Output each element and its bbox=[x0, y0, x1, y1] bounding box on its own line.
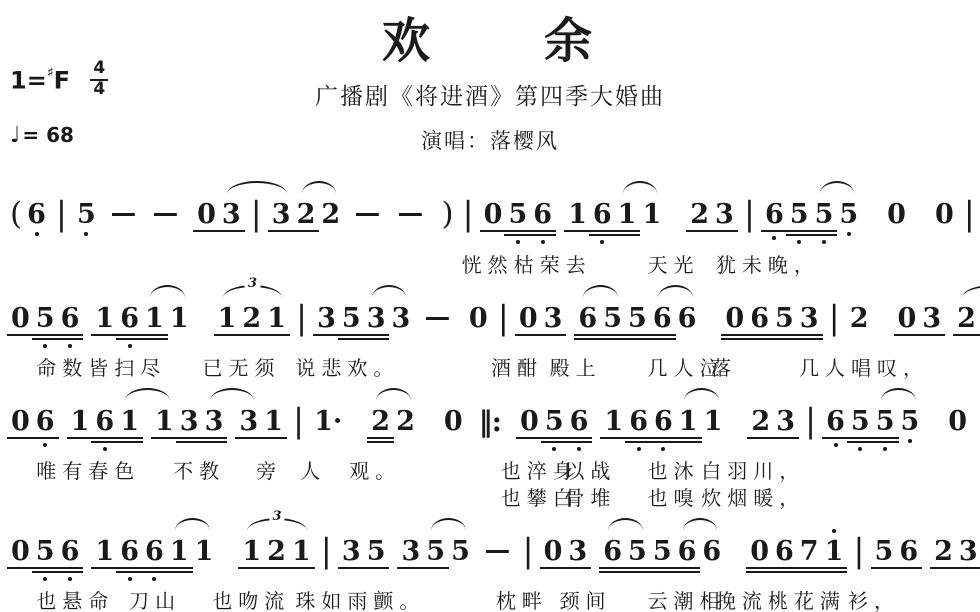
note: 3 bbox=[205, 408, 224, 435]
note: 3 bbox=[800, 305, 819, 332]
beam-underline bbox=[574, 338, 601, 340]
beam-underline bbox=[260, 437, 287, 439]
rest: 0 bbox=[469, 305, 488, 332]
notation-line: 0561611121|3533−0|03655660653|2032111|33 bbox=[2, 282, 980, 352]
note: 3 bbox=[922, 305, 941, 332]
note: 6 bbox=[61, 305, 80, 332]
tuplet-bracket: 3 bbox=[962, 285, 980, 298]
note: 5 bbox=[508, 201, 527, 228]
note: 3 bbox=[401, 538, 420, 565]
slur-tie bbox=[431, 518, 466, 531]
slur-tie bbox=[684, 388, 719, 401]
octave-dot-below bbox=[152, 577, 156, 581]
note: 6 bbox=[593, 201, 612, 228]
barline: | bbox=[293, 404, 304, 437]
beam-underline bbox=[564, 567, 591, 569]
note: 6 bbox=[578, 305, 597, 332]
beam-underline bbox=[872, 441, 899, 443]
beam-underline bbox=[363, 567, 390, 569]
beam-underline bbox=[313, 334, 340, 336]
beam-underline bbox=[599, 567, 626, 569]
rest: 0 bbox=[750, 538, 769, 565]
key-prefix: 1= bbox=[10, 66, 47, 94]
note: 6 bbox=[36, 408, 55, 435]
rest: 0 bbox=[484, 201, 503, 228]
beam-underline bbox=[116, 441, 143, 443]
note: 6 bbox=[826, 408, 845, 435]
beam-underline bbox=[91, 567, 118, 569]
beam-underline bbox=[268, 230, 295, 232]
note: 1 bbox=[642, 201, 661, 228]
note: 2 bbox=[934, 538, 953, 565]
beam-underline bbox=[649, 334, 676, 336]
lyric-text: 犹未晚， bbox=[716, 249, 820, 278]
note: 1 bbox=[568, 201, 587, 228]
time-signature-numerator: 4 bbox=[90, 60, 108, 81]
beam-underline bbox=[796, 567, 823, 569]
beam-underline bbox=[821, 571, 848, 573]
barline: | bbox=[805, 404, 816, 437]
barline: | bbox=[498, 301, 509, 334]
beam-underline bbox=[624, 338, 651, 340]
beam-underline bbox=[176, 441, 203, 443]
beam-underline bbox=[599, 571, 626, 573]
note: 2 bbox=[371, 408, 390, 435]
beam-underline bbox=[235, 437, 262, 439]
note: 6 bbox=[775, 538, 794, 565]
sharp-icon: ♯ bbox=[47, 65, 54, 81]
beam-underline bbox=[116, 567, 143, 569]
beam-underline bbox=[811, 230, 838, 232]
duration-dash: − bbox=[352, 201, 383, 228]
barline: | bbox=[56, 197, 67, 230]
note: 5 bbox=[603, 305, 622, 332]
lyric-text: 骨堆 bbox=[564, 482, 616, 511]
lyric-text: 唯有春色 bbox=[36, 455, 140, 484]
octave-dot-below bbox=[600, 240, 604, 244]
lyrics-line: 命数皆扫尽已无须说悲欢。酒酣殿上几人泣落几人唱叹， bbox=[2, 352, 980, 379]
note: 6 bbox=[95, 408, 114, 435]
beam-underline bbox=[796, 571, 823, 573]
lyric-text: 观。 bbox=[349, 455, 401, 484]
beam-underline bbox=[599, 334, 626, 336]
beam-underline bbox=[540, 567, 567, 569]
note: 1 bbox=[825, 538, 844, 565]
beam-underline bbox=[955, 567, 980, 569]
note: 1 bbox=[618, 201, 637, 228]
beam-underline bbox=[116, 334, 143, 336]
lyric-text: 也沐 bbox=[647, 455, 699, 484]
duration-dash: − bbox=[108, 201, 139, 228]
lyric-text: 炊烟暖， bbox=[701, 482, 805, 511]
beam-underline bbox=[649, 567, 676, 569]
lyric-text: 云潮相 bbox=[647, 585, 725, 612]
note: 6 bbox=[629, 408, 648, 435]
beam-underline bbox=[201, 441, 228, 443]
note: 5 bbox=[876, 408, 895, 435]
beam-underline bbox=[7, 437, 34, 439]
note: 3 bbox=[568, 538, 587, 565]
beam-underline bbox=[338, 567, 365, 569]
lyric-text: 旁 bbox=[256, 455, 282, 484]
note: 1 bbox=[218, 305, 237, 332]
octave-dot-below bbox=[797, 240, 801, 244]
performer-credit: 演唱：落樱风 bbox=[0, 125, 980, 155]
parenthesis: ) bbox=[441, 199, 453, 230]
beam-underline bbox=[32, 571, 59, 573]
beam-underline bbox=[363, 334, 390, 336]
beam-underline bbox=[91, 334, 118, 336]
beam-underline bbox=[218, 230, 245, 232]
note: 5 bbox=[653, 538, 672, 565]
beam-underline bbox=[141, 571, 168, 573]
beam-underline bbox=[288, 567, 315, 569]
octave-dot-below bbox=[858, 447, 862, 451]
barline: | bbox=[463, 197, 474, 230]
beam-underline bbox=[32, 567, 59, 569]
duration-dash: − bbox=[150, 201, 181, 228]
note: 5 bbox=[367, 538, 386, 565]
note: 6 bbox=[750, 305, 769, 332]
note: 5 bbox=[451, 538, 470, 565]
note: 6 bbox=[120, 305, 139, 332]
beam-underline bbox=[649, 571, 676, 573]
beam-underline bbox=[116, 338, 143, 340]
note: 3 bbox=[776, 408, 795, 435]
notation-line: 05616611121|35355−|03655660671|5623221··… bbox=[2, 515, 980, 585]
tuplet-number: 3 bbox=[269, 510, 284, 523]
note: 6 bbox=[702, 538, 721, 565]
beam-underline bbox=[746, 338, 773, 340]
note: 1· bbox=[314, 408, 342, 435]
beam-underline bbox=[895, 567, 922, 569]
lyric-text: 珠如雨颤。 bbox=[295, 585, 425, 612]
beam-underline bbox=[822, 437, 849, 439]
note: 3 bbox=[317, 305, 336, 332]
octave-dot-below bbox=[577, 447, 581, 451]
rest: 0 bbox=[948, 408, 967, 435]
note: 1 bbox=[242, 538, 261, 565]
octave-dot-below bbox=[43, 577, 47, 581]
note: 5 bbox=[839, 201, 858, 228]
octave-dot-below bbox=[128, 577, 132, 581]
note: 6 bbox=[765, 201, 784, 228]
note: 1 bbox=[95, 538, 114, 565]
slur-tie bbox=[658, 285, 693, 298]
beam-underline bbox=[529, 234, 556, 236]
beam-underline bbox=[771, 334, 798, 336]
slur-tie bbox=[376, 388, 411, 401]
tempo-marking: ♩= 68 bbox=[10, 123, 108, 148]
beam-underline bbox=[761, 230, 788, 232]
beam-underline bbox=[422, 567, 449, 569]
lyrics-line: 恍然枯荣去天光犹未晚， bbox=[2, 249, 980, 276]
beam-underline bbox=[772, 437, 799, 439]
beam-underline bbox=[624, 334, 651, 336]
beam-underline bbox=[624, 571, 651, 573]
repeat-start-sign: ‖: bbox=[479, 408, 501, 436]
beam-underline bbox=[529, 230, 556, 232]
octave-dot-below bbox=[68, 344, 72, 348]
music-system: 0561611121|3533−0|03655660653|2032111|33… bbox=[2, 282, 980, 379]
note: 6 bbox=[678, 538, 697, 565]
beam-underline bbox=[238, 334, 265, 336]
note: 6 bbox=[899, 538, 918, 565]
beam-underline bbox=[540, 334, 567, 336]
beam-underline bbox=[600, 437, 627, 439]
beam-underline bbox=[811, 234, 838, 236]
time-signature-denominator: 4 bbox=[90, 81, 108, 99]
note: 1 bbox=[71, 408, 90, 435]
beam-underline bbox=[675, 437, 702, 439]
note: 6 bbox=[533, 201, 552, 228]
beam-underline bbox=[151, 437, 178, 439]
beam-underline bbox=[541, 441, 568, 443]
octave-dot-below bbox=[847, 232, 851, 236]
beam-underline bbox=[32, 437, 59, 439]
octave-dot-below bbox=[772, 236, 776, 240]
beam-underline bbox=[116, 437, 143, 439]
lyric-text: 殿上 bbox=[550, 352, 602, 381]
parenthesis: ( bbox=[10, 199, 22, 230]
note: 2 bbox=[321, 201, 340, 228]
note: 6 bbox=[654, 408, 673, 435]
note: 3 bbox=[222, 201, 241, 228]
note: 5 bbox=[36, 305, 55, 332]
barline: | bbox=[964, 197, 975, 230]
beam-underline bbox=[515, 334, 542, 336]
beam-underline bbox=[746, 571, 773, 573]
beam-underline bbox=[141, 338, 168, 340]
note: 1 bbox=[604, 408, 623, 435]
beam-underline bbox=[650, 441, 677, 443]
note: 1 bbox=[145, 305, 164, 332]
beam-underline bbox=[564, 230, 591, 232]
lyric-text: 几人唱叹， bbox=[799, 352, 929, 381]
beam-underline bbox=[930, 567, 957, 569]
beam-underline bbox=[625, 437, 652, 439]
lyric-text: 也悬命 bbox=[36, 585, 114, 612]
beam-underline bbox=[786, 234, 813, 236]
lyric-text: 落 bbox=[711, 352, 737, 381]
beam-underline bbox=[504, 234, 531, 236]
lyric-text: 白羽川， bbox=[701, 455, 805, 484]
note: 5 bbox=[851, 408, 870, 435]
rest: 0 bbox=[544, 538, 563, 565]
beam-underline bbox=[675, 441, 702, 443]
slur-tie bbox=[125, 388, 170, 401]
barline: | bbox=[523, 534, 534, 567]
note: 3 bbox=[367, 305, 386, 332]
note: 5 bbox=[815, 201, 834, 228]
beam-underline bbox=[32, 338, 59, 340]
note: 5 bbox=[426, 538, 445, 565]
beam-underline bbox=[367, 437, 394, 439]
beam-underline bbox=[746, 334, 773, 336]
octave-dot-below bbox=[822, 240, 826, 244]
octave-dot-below bbox=[35, 232, 39, 236]
music-system: (6|5−−03|322−−)|056161123|655500|恍然枯荣去天光… bbox=[2, 178, 980, 276]
note: 1 bbox=[120, 408, 139, 435]
octave-dot-below bbox=[43, 443, 47, 447]
note: 6 bbox=[27, 201, 46, 228]
beam-underline bbox=[57, 567, 84, 569]
note: 3 bbox=[342, 538, 361, 565]
beam-underline bbox=[574, 334, 601, 336]
octave-dot-below bbox=[68, 577, 72, 581]
note: 2 bbox=[242, 305, 261, 332]
beam-underline bbox=[91, 441, 118, 443]
beam-underline bbox=[480, 230, 507, 232]
octave-dot-below bbox=[84, 232, 88, 236]
slur-tie bbox=[608, 518, 643, 531]
note: 1 bbox=[95, 305, 114, 332]
rest: 0 bbox=[725, 305, 744, 332]
song-subtitle: 广播剧《将进酒》第四季大婚曲 bbox=[0, 78, 980, 111]
slur-tie bbox=[372, 285, 406, 298]
beam-underline bbox=[953, 334, 980, 336]
sheet-music-page: 欢 余 广播剧《将进酒》第四季大婚曲 演唱：落樱风 1=♯F 4 4 ♩= 68… bbox=[0, 0, 980, 612]
rest: 0 bbox=[11, 408, 30, 435]
beam-underline bbox=[516, 437, 543, 439]
note: 2 bbox=[850, 305, 869, 332]
beam-underline bbox=[263, 334, 290, 336]
beam-underline bbox=[566, 441, 593, 443]
note: 6 bbox=[653, 305, 672, 332]
note: 1 bbox=[155, 408, 174, 435]
octave-dot-below bbox=[637, 447, 641, 451]
beam-underline bbox=[166, 571, 193, 573]
note: 6 bbox=[61, 538, 80, 565]
tuplet-bracket: 3 bbox=[247, 518, 307, 531]
beam-underline bbox=[293, 230, 320, 232]
octave-dot-below bbox=[552, 447, 556, 451]
slur-tie bbox=[881, 388, 916, 401]
barline: | bbox=[296, 301, 307, 334]
beam-underline bbox=[7, 334, 34, 336]
note: 5 bbox=[775, 305, 794, 332]
lyric-text: 也吻流 bbox=[212, 585, 290, 612]
slur-tie bbox=[175, 518, 210, 531]
note: 5 bbox=[36, 538, 55, 565]
lyric-text: 衫， bbox=[848, 585, 900, 612]
lyric-text: 已无须 bbox=[202, 352, 280, 381]
note: 1 bbox=[292, 538, 311, 565]
beam-underline bbox=[624, 567, 651, 569]
tuplet-bracket: 3 bbox=[223, 285, 282, 298]
octave-dot-above bbox=[832, 529, 836, 533]
note: 2 bbox=[297, 201, 316, 228]
note: 2 bbox=[396, 408, 415, 435]
note: 2 bbox=[957, 305, 976, 332]
beam-underline bbox=[214, 334, 241, 336]
note: 6 bbox=[603, 538, 622, 565]
slur-tie bbox=[302, 181, 336, 194]
beam-underline bbox=[796, 338, 823, 340]
duration-dash: − bbox=[422, 305, 453, 332]
note: 5 bbox=[545, 408, 564, 435]
barline: | bbox=[321, 534, 332, 567]
note: 1 bbox=[267, 305, 286, 332]
barline: | bbox=[853, 534, 864, 567]
octave-dot-below bbox=[834, 443, 838, 447]
beam-underline bbox=[871, 567, 898, 569]
beam-underline bbox=[57, 338, 84, 340]
key-signature: 1=♯F 4 4 bbox=[10, 62, 108, 101]
beam-underline bbox=[894, 334, 921, 336]
beam-underline bbox=[166, 567, 193, 569]
beam-underline bbox=[686, 230, 713, 232]
beam-underline bbox=[918, 334, 945, 336]
note: 6 bbox=[570, 408, 589, 435]
lyric-text: 恍然枯荣去 bbox=[462, 249, 592, 278]
beam-underline bbox=[589, 230, 616, 232]
notation-line: (6|5−−03|322−−)|056161123|655500| bbox=[2, 178, 980, 249]
octave-dot-below bbox=[128, 344, 132, 348]
beam-underline bbox=[599, 338, 626, 340]
beam-underline bbox=[7, 567, 34, 569]
lyric-text: 命数皆扫尽 bbox=[36, 352, 166, 381]
beam-underline bbox=[711, 230, 738, 232]
octave-dot-below bbox=[43, 344, 47, 348]
lyric-text: 也嗅 bbox=[647, 482, 699, 511]
barline: | bbox=[829, 301, 840, 334]
rest: 0 bbox=[520, 408, 539, 435]
lyric-text: 以战 bbox=[564, 455, 616, 484]
lyrics-line: 唯有春色不教旁人观。也淬身以战也沐白羽川， bbox=[2, 455, 980, 482]
note: 7 bbox=[800, 538, 819, 565]
beam-underline bbox=[649, 338, 676, 340]
duration-dash: − bbox=[482, 538, 513, 565]
rest: 0 bbox=[197, 201, 216, 228]
beam-underline bbox=[67, 437, 94, 439]
beam-underline bbox=[57, 571, 84, 573]
slur-tie bbox=[683, 518, 717, 531]
key-tempo-block: 1=♯F 4 4 ♩= 68 bbox=[10, 62, 108, 148]
note: 5 bbox=[790, 201, 809, 228]
slur-tie bbox=[210, 388, 254, 401]
rest: 0 bbox=[11, 305, 30, 332]
note: 3 bbox=[272, 201, 291, 228]
beam-underline bbox=[141, 567, 168, 569]
note: 6 bbox=[120, 538, 139, 565]
slur-tie bbox=[820, 181, 854, 194]
note: 1 bbox=[170, 538, 189, 565]
note: 5 bbox=[342, 305, 361, 332]
barline: | bbox=[744, 197, 755, 230]
time-signature: 4 4 bbox=[90, 60, 108, 99]
notation-line: 0616113331|1·220‖:0561661123|655500| bbox=[2, 385, 980, 455]
note: 6 bbox=[145, 538, 164, 565]
song-title: 欢 余 bbox=[0, 0, 980, 66]
lyric-text: 不教 bbox=[173, 455, 225, 484]
beam-underline bbox=[674, 567, 701, 569]
beam-underline bbox=[872, 437, 899, 439]
beam-underline bbox=[238, 567, 265, 569]
note: 3 bbox=[391, 305, 410, 332]
note: 5 bbox=[77, 201, 96, 228]
octave-dot-below bbox=[541, 240, 545, 244]
note: 1 bbox=[195, 538, 214, 565]
duration-dash: − bbox=[395, 201, 426, 228]
beam-underline bbox=[821, 567, 848, 569]
tempo-value: = 68 bbox=[22, 123, 74, 147]
note: 1 bbox=[264, 408, 283, 435]
beam-underline bbox=[771, 338, 798, 340]
note: 6 bbox=[678, 305, 697, 332]
beam-underline bbox=[32, 334, 59, 336]
beam-underline bbox=[338, 338, 365, 340]
